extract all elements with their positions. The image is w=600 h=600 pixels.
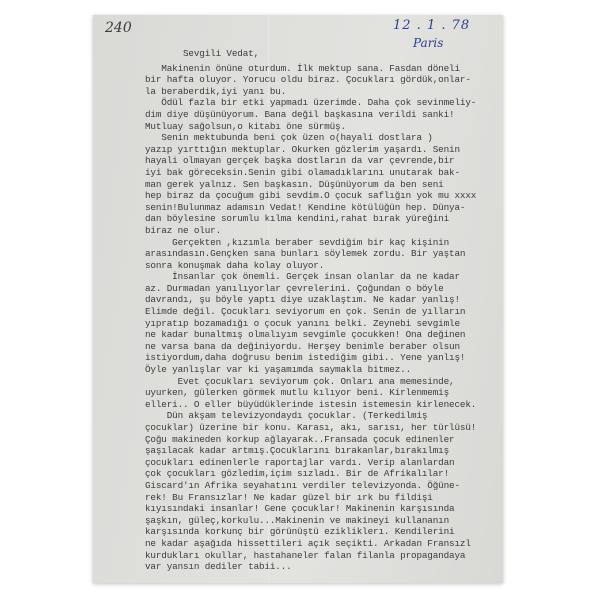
letter-line: senin!Bulunmaz adamsın Vedat! Kendine kö… xyxy=(145,202,505,214)
letter-line: davrandı, şu böyle yaptı diye uzaklaştım… xyxy=(145,294,505,306)
letter-line: İnsanlar çok önemli. Gerçek insan olanla… xyxy=(145,271,505,283)
letter-page: 240 12 . 1 . 78 Paris Sevgili Vedat, Mak… xyxy=(93,15,503,583)
letter-line: karşısında korkunç bir görünüştü eziklik… xyxy=(145,526,505,538)
letter-line: çocuklar) üzerine bir konu. Karası, akı,… xyxy=(145,422,505,434)
letter-line: Senin mektubunda beni çok üzen o(hayali … xyxy=(145,132,505,144)
letter-line: hep biraz da çocuğum gibi sevdim.O çocuk… xyxy=(145,190,505,202)
letter-line: Mutluay sağolsun,o kitabı öne sürmüş. xyxy=(145,121,505,133)
letter-line: dim diye düşünüyorum. Bana değil başkası… xyxy=(145,109,505,121)
letter-line: çocukları edinenlerle raportajlar vardı.… xyxy=(145,457,505,469)
page-number: 240 xyxy=(105,20,132,36)
letter-line: dan böylesine sorumlu kılma kendini,raha… xyxy=(145,213,505,225)
letter-line: çok çocukları gözledim,içim sızladı. Bir… xyxy=(145,468,505,480)
letter-line: elleri.. O eller büyüdüklerinde istesin … xyxy=(145,399,505,411)
letter-line: şaşılacak kadar artmış.Çocuklarını bırak… xyxy=(145,445,505,457)
letter-line: Ödül fazla bir etki yapmadı üzerimde. Da… xyxy=(145,97,505,109)
letter-line: Öyle yanlışlar var ki yaşamımda saymakla… xyxy=(145,364,505,376)
letter-line: hayali olmayan gerçek başka dostların da… xyxy=(145,155,505,167)
letter-body: Sevgili Vedat, Makinenin önüne oturdum. … xyxy=(145,48,505,573)
letter-line: ne varsa bana da değiniyordu. Herşey ben… xyxy=(145,341,505,353)
letter-line: Elimde değil. Çocukları seviyorum en çok… xyxy=(145,306,505,318)
letter-line: Gerçekten ,kızımla beraber sevdiğim bir … xyxy=(145,237,505,249)
letter-line: Evet çocukları seviyorum çok. Onları ana… xyxy=(145,376,505,388)
letter-line: istiyordum,daha doğrusu benim istediğim … xyxy=(145,352,505,364)
letter-line: Makinenin önüne oturdum. İlk mektup sana… xyxy=(145,63,505,75)
letter-line: man gerek yalnız. Sen başkasın. Düşünüyo… xyxy=(145,179,505,191)
handwritten-date: 12 . 1 . 78 xyxy=(393,18,470,33)
letter-line: bir hafta oluyor. Yorucu oldu biraz. Çoc… xyxy=(145,74,505,86)
letter-line: arasındasın.Gençken sana bunları söyleme… xyxy=(145,248,505,260)
letter-line: iyi bak göreceksin.Senin gibi olamadıkla… xyxy=(145,167,505,179)
letter-line: Çoğu makineden korkup ağlayarak..Fransad… xyxy=(145,434,505,446)
letter-line: yazıp yırttığın mektuplar. Okurken gözle… xyxy=(145,144,505,156)
letter-line: rek! Bu Fransızlar! Ne kadar güzel bir ı… xyxy=(145,492,505,504)
letter-line: var yansın dediler tabii... xyxy=(145,561,505,573)
letter-line: ne kadar bunaltmış olmalıyım sevgimle ço… xyxy=(145,329,505,341)
letter-line: Giscard'ın Afrika seyahatını verdiler te… xyxy=(145,480,505,492)
letter-line: Dün akşam televizyondaydı çocuklar. (Ter… xyxy=(145,410,505,422)
letter-line: uyurken, gülerken görmek mutlu kılıyor b… xyxy=(145,387,505,399)
letter-line: ne kadar aşağıda hissettileri açık seçik… xyxy=(145,538,505,550)
letter-line: kıyısındaki insanlar! Gene çocuklar! Mak… xyxy=(145,503,505,515)
letter-line: şaşkın, güleç,korkulu...Makinenin ve mak… xyxy=(145,515,505,527)
letter-line: sonra konuşmak daha kolay oluyor. xyxy=(145,260,505,272)
letter-line: kurdukları okullar, hastahaneler falan f… xyxy=(145,550,505,562)
letter-line: Sevgili Vedat, xyxy=(145,48,505,60)
letter-line: yıpratıp bozamadığı o çocuk yanını belki… xyxy=(145,318,505,330)
letter-line: az. Durmadan yanılıyorlar çevrelerini. Ç… xyxy=(145,283,505,295)
letter-line: la beraberdik,iyi yanı bu. xyxy=(145,86,505,98)
letter-line: biraz ne olur. xyxy=(145,225,505,237)
